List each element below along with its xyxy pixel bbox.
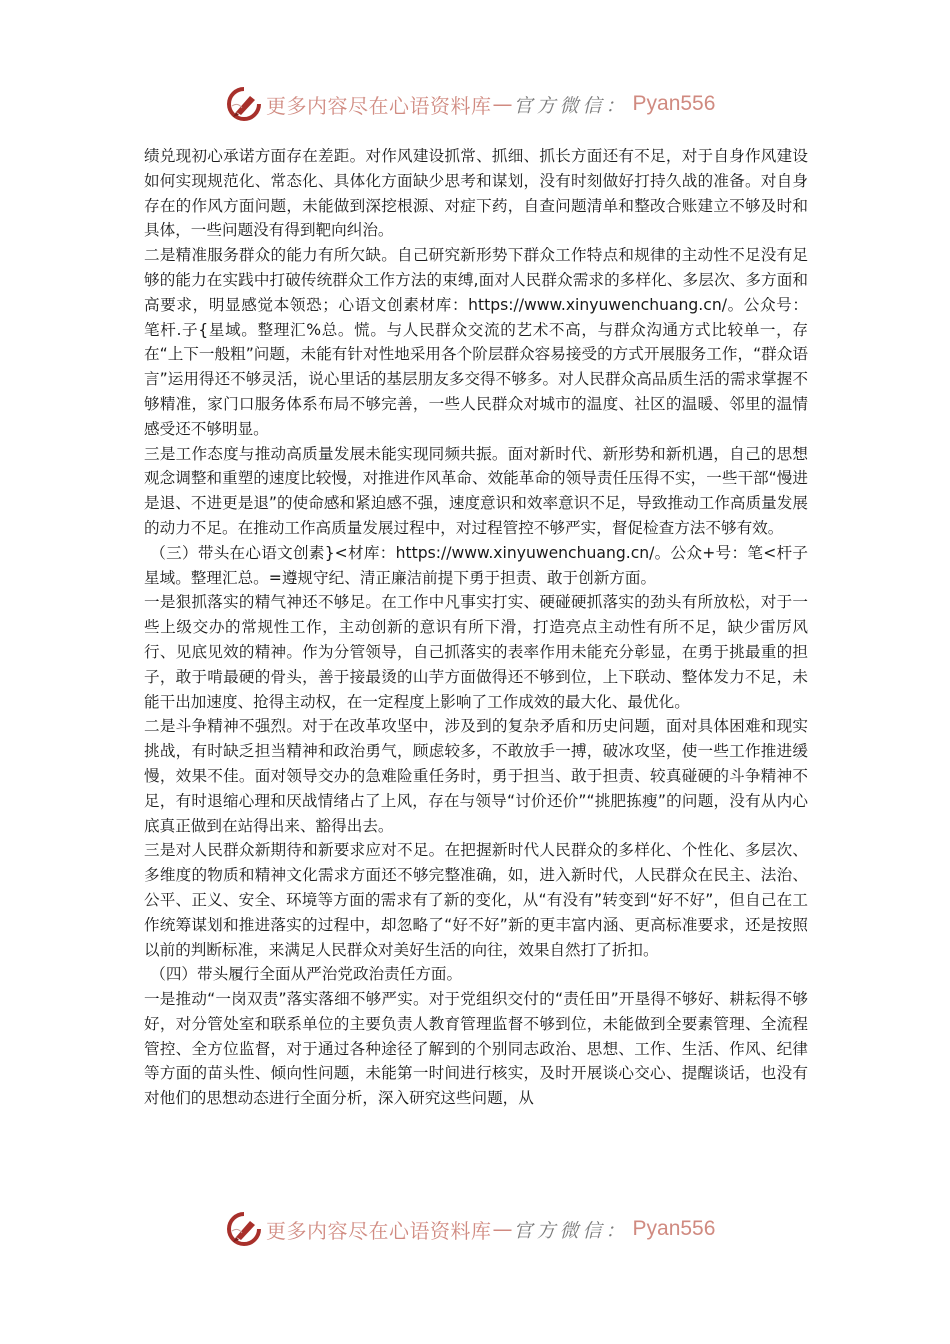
banner-site-text: 更多内容尽在心语资料库 bbox=[266, 1215, 492, 1244]
quill-pen-logo-icon bbox=[226, 86, 262, 122]
banner-dash: — bbox=[493, 1217, 513, 1241]
banner-official-label: 官方微信： bbox=[514, 91, 629, 118]
banner-site-text: 更多内容尽在心语资料库 bbox=[266, 90, 492, 119]
paragraph: 一是狠抓落实的精气神还不够足。在工作中凡事实打实、硬碰硬抓落实的劲头有所放松，对… bbox=[144, 590, 808, 714]
paragraph: 三是工作态度与推动高质量发展未能实现同频共振。面对新时代、新形势和新机遇，自己的… bbox=[144, 442, 808, 541]
banner-wechat-id: Pyan556 bbox=[633, 1217, 716, 1241]
banner-dash: — bbox=[493, 92, 513, 116]
paragraph: 绩兑现初心承诺方面存在差距。对作风建设抓常、抓细、抓长方面还有不足，对于自身作风… bbox=[144, 144, 808, 243]
section-heading: （四）带头履行全面从严治党政治责任方面。 bbox=[144, 962, 808, 987]
paragraph: 二是斗争精神不强烈。对于在改革攻坚中，涉及到的复杂矛盾和历史问题，面对具体困难和… bbox=[144, 714, 808, 838]
paragraph: 一是推动“一岗双责”落实落细不够严实。对于党组织交付的“责任田”开垦得不够好、耕… bbox=[144, 987, 808, 1111]
banner-official-label: 官方微信： bbox=[514, 1216, 629, 1243]
section-heading: （三）带头在心语文创素}<材库：https://www.xinyuwenchua… bbox=[144, 541, 808, 591]
document-body: 绩兑现初心承诺方面存在差距。对作风建设抓常、抓细、抓长方面还有不足，对于自身作风… bbox=[144, 144, 808, 1111]
quill-pen-logo-icon bbox=[226, 1211, 262, 1247]
paragraph: 三是对人民群众新期待和新要求应对不足。在把握新时代人民群众的多样化、个性化、多层… bbox=[144, 838, 808, 962]
paragraph: 二是精准服务群众的能力有所欠缺。自己研究新形势下群众工作特点和规律的主动性不足没… bbox=[144, 243, 808, 441]
banner-wechat-id: Pyan556 bbox=[633, 92, 716, 116]
footer-banner: 更多内容尽在心语资料库 — 官方微信： Pyan556 bbox=[226, 1209, 726, 1249]
header-banner: 更多内容尽在心语资料库 — 官方微信： Pyan556 bbox=[226, 84, 726, 124]
